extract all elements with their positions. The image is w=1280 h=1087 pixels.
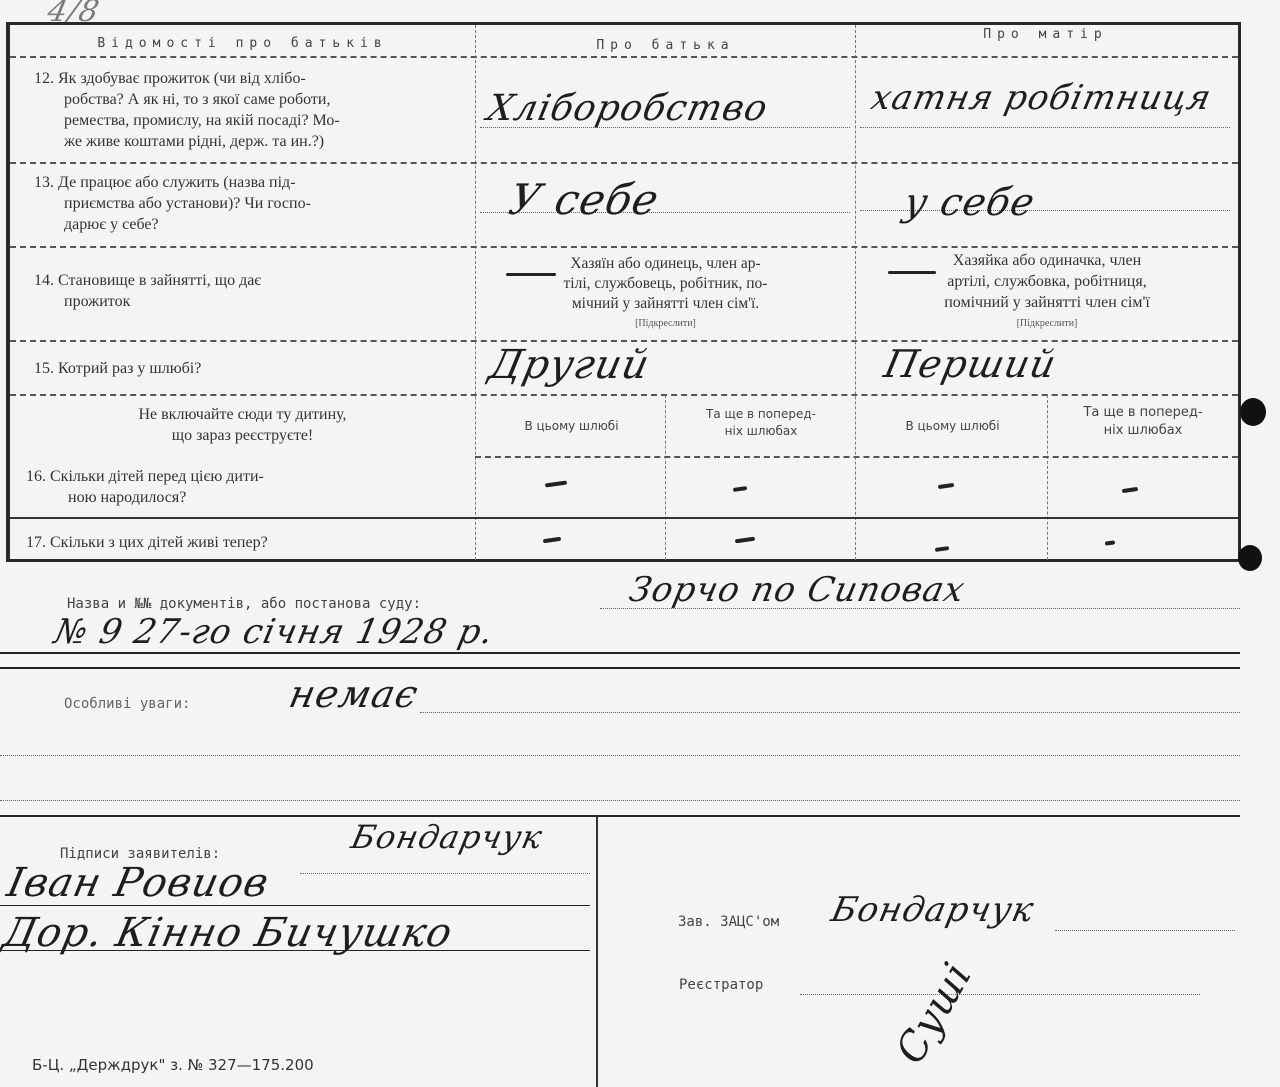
- signature-divider: [596, 815, 598, 1087]
- zags-head-signature: Бондарчук: [828, 890, 1038, 930]
- printer-imprint: Б-Ц. „Держдрук" з. № 327—175.200: [32, 1056, 314, 1074]
- applicant-signature-1: Іван Ровиов: [3, 860, 273, 906]
- documents-handwritten-line1: Зорчо по Сиповах: [626, 570, 969, 610]
- civil-registration-form-page: 4/8 Відомості про батьків Про батька Про…: [0, 0, 1280, 1087]
- column-divider: [855, 25, 856, 560]
- mother-underline-mark: [888, 271, 936, 274]
- question-14: 14. Становище в зайнятті, що дає прожито…: [34, 270, 474, 312]
- mother-workplace-answer: у себе: [900, 180, 1039, 224]
- mother-marriage-count-answer: Перший: [880, 342, 1060, 386]
- father-occupation-options: Хазяїн або одинець, член ар- тілі, служб…: [478, 254, 853, 334]
- row-divider: [475, 456, 1238, 458]
- question-13: 13. Де працює або служить (назва під- пр…: [34, 172, 474, 235]
- row-divider: [10, 56, 1238, 58]
- row-divider: [10, 394, 1238, 396]
- father-underline-mark: [506, 273, 556, 276]
- registrar-label: Реєстратор: [679, 977, 763, 993]
- row-divider: [10, 246, 1238, 248]
- registrar-signature: Суші: [887, 955, 981, 1072]
- subheader-mother-prev-marriages: Та ще в поперед- ніх шлюбах: [1049, 404, 1237, 440]
- header-parents-info: Відомості про батьків: [10, 33, 475, 54]
- header-mother: Про матір: [858, 24, 1233, 45]
- father-livelihood-answer: Хліборобство: [484, 88, 772, 129]
- mother-livelihood-answer: хатня робітниця: [868, 78, 1216, 118]
- zags-head-label: Зав. ЗАЦС'ом: [678, 914, 779, 930]
- applicant-signature-top: Бондарчук: [348, 818, 546, 856]
- subheader-mother-this-marriage: В цьому шлюбі: [858, 416, 1047, 437]
- row-divider: [10, 517, 1238, 519]
- father-workplace-answer: У себе: [505, 175, 664, 224]
- documents-handwritten-line2: № 9 27-го січня 1928 р.: [51, 612, 498, 652]
- row-divider: [10, 162, 1238, 164]
- father-marriage-count-answer: Другий: [485, 342, 654, 388]
- subheader-father-this-marriage: В цьому шлюбі: [478, 416, 665, 437]
- subheader-father-prev-marriages: Та ще в поперед- ніх шлюбах: [667, 406, 855, 440]
- column-divider: [1047, 395, 1048, 560]
- ink-blot: [1238, 545, 1262, 571]
- remarks-handwritten: немає: [285, 672, 422, 716]
- remarks-label: Особливі уваги:: [64, 696, 190, 712]
- column-divider: [665, 395, 666, 560]
- children-exclusion-note: Не включайте сюди ту дитину, що зараз ре…: [10, 404, 475, 446]
- header-father: Про батька: [478, 35, 853, 56]
- question-12: 12. Як здобуває прожиток (чи від хлібо- …: [34, 68, 474, 152]
- question-15: 15. Котрий раз у шлюбі?: [34, 358, 201, 379]
- ink-blot: [1240, 398, 1266, 426]
- question-17: 17. Скільки з цих дітей живі тепер?: [26, 532, 268, 553]
- documents-label: Назва и №№ документів, або постанова суд…: [67, 596, 421, 612]
- question-16: 16. Скільки дітей перед цією дити- ною н…: [26, 466, 476, 508]
- mother-occupation-options: Хазяйка або одиначка, член артілі, служб…: [858, 250, 1236, 334]
